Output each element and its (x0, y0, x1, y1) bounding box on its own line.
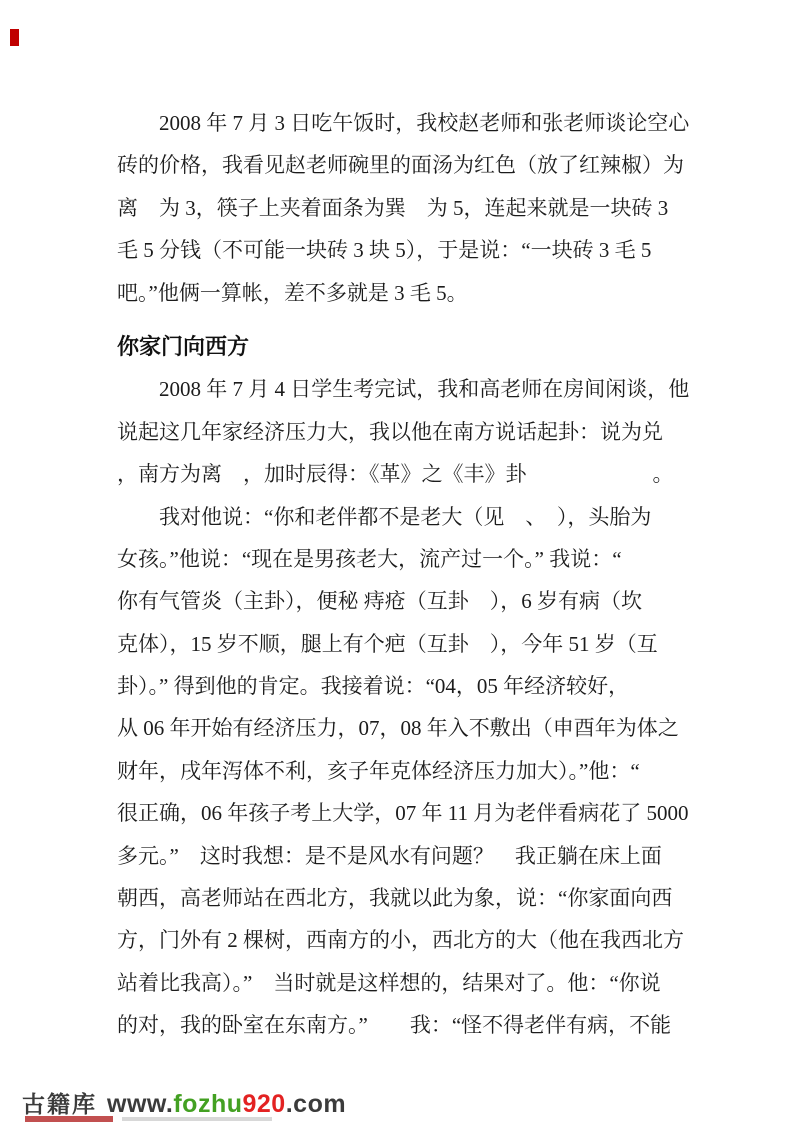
text-line: 我对他说：“你和老伴都不是老大（见 、 ），头胎为 (117, 496, 679, 538)
paragraph-reading-dialogue: 我对他说：“你和老伴都不是老大（见 、 ），头胎为女孩。”他说：“现在是男孩老大… (117, 496, 679, 1047)
text-line: 卦）。” 得到他的肯定。我接着说：“04，05 年经济较好， (117, 665, 679, 707)
text-line: 吧。”他俩一算帐，差不多就是 3 毛 5。 (117, 272, 679, 314)
document-page: 2008 年 7 月 3 日吃午饭时，我校赵老师和张老师谈论空心砖的价格，我看见… (0, 0, 793, 1122)
footer-site-name: 古籍库 (22, 1091, 97, 1117)
footer-url-920: 920 (243, 1090, 286, 1118)
text-line: 说起这几年家经济压力大，我以他在南方说话起卦：说为兑 (117, 411, 679, 453)
text-line: 女孩。”他说：“现在是男孩老大，流产过一个。” 我说：“ (117, 538, 679, 580)
text-line: ，南方为离 ，加时辰得：《革》之《丰》卦 。 (117, 453, 679, 495)
text-line: 很正确，06 年孩子考上大学，07 年 11 月为老伴看病花了 5000 (117, 792, 679, 834)
text-line: 毛 5 分钱（不可能一块砖 3 块 5），于是说：“一块砖 3 毛 5 (117, 229, 679, 271)
section-heading: 你家门向西方 (117, 326, 679, 368)
text-line: 的对，我的卧室在东南方。” 我：“怪不得老伴有病，不能 (117, 1004, 679, 1046)
cut-off-gray-segment (122, 1117, 272, 1121)
red-corner-mark (10, 29, 19, 46)
text-line: 克体），15 岁不顺，腿上有个疤（互卦 ），今年 51 岁（互 (117, 623, 679, 665)
text-line: 2008 年 7 月 3 日吃午饭时，我校赵老师和张老师谈论空心 (117, 102, 679, 144)
text-line: 从 06 年开始有经济压力，07，08 年入不敷出（申酉年为体之 (117, 707, 679, 749)
footer-url-fozhu: fozhu (173, 1090, 242, 1118)
text-line: 砖的价格，我看见赵老师碗里的面汤为红色（放了红辣椒）为 (117, 144, 679, 186)
paragraph-lunch-story: 2008 年 7 月 3 日吃午饭时，我校赵老师和张老师谈论空心砖的价格，我看见… (117, 102, 679, 314)
text-line: 2008 年 7 月 4 日学生考完试，我和高老师在房间闲谈，他 (117, 368, 679, 410)
text-line: 你有气管炎（主卦），便秘 痔疮（互卦 ），6 岁有病（坎 (117, 580, 679, 622)
watermark-footer: 古籍库www.fozhu920.com (22, 1086, 346, 1116)
cut-off-red-segment (25, 1116, 113, 1122)
document-text: 2008 年 7 月 3 日吃午饭时，我校赵老师和张老师谈论空心砖的价格，我看见… (117, 102, 679, 1047)
text-line: 财年，戌年泻体不利，亥子年克体经济压力加大）。”他：“ (117, 750, 679, 792)
paragraph-hexagram-cast: 2008 年 7 月 4 日学生考完试，我和高老师在房间闲谈，他说起这几年家经济… (117, 368, 679, 495)
text-line: 多元。” 这时我想：是不是风水有问题？ 我正躺在床上面 (117, 835, 679, 877)
text-line: 站着比我高）。” 当时就是这样想的，结果对了。他：“你说 (117, 962, 679, 1004)
text-line: 方，门外有 2 棵树，西南方的小，西北方的大（他在我西北方 (117, 919, 679, 961)
cut-off-watermark-row (0, 1116, 793, 1122)
text-line: 离 为 3，筷子上夹着面条为巽 为 5，连起来就是一块砖 3 (117, 187, 679, 229)
text-line: 朝西，高老师站在西北方，我就以此为象，说：“你家面向西 (117, 877, 679, 919)
footer-url-www: www. (107, 1090, 173, 1118)
footer-url-com: .com (286, 1090, 346, 1118)
